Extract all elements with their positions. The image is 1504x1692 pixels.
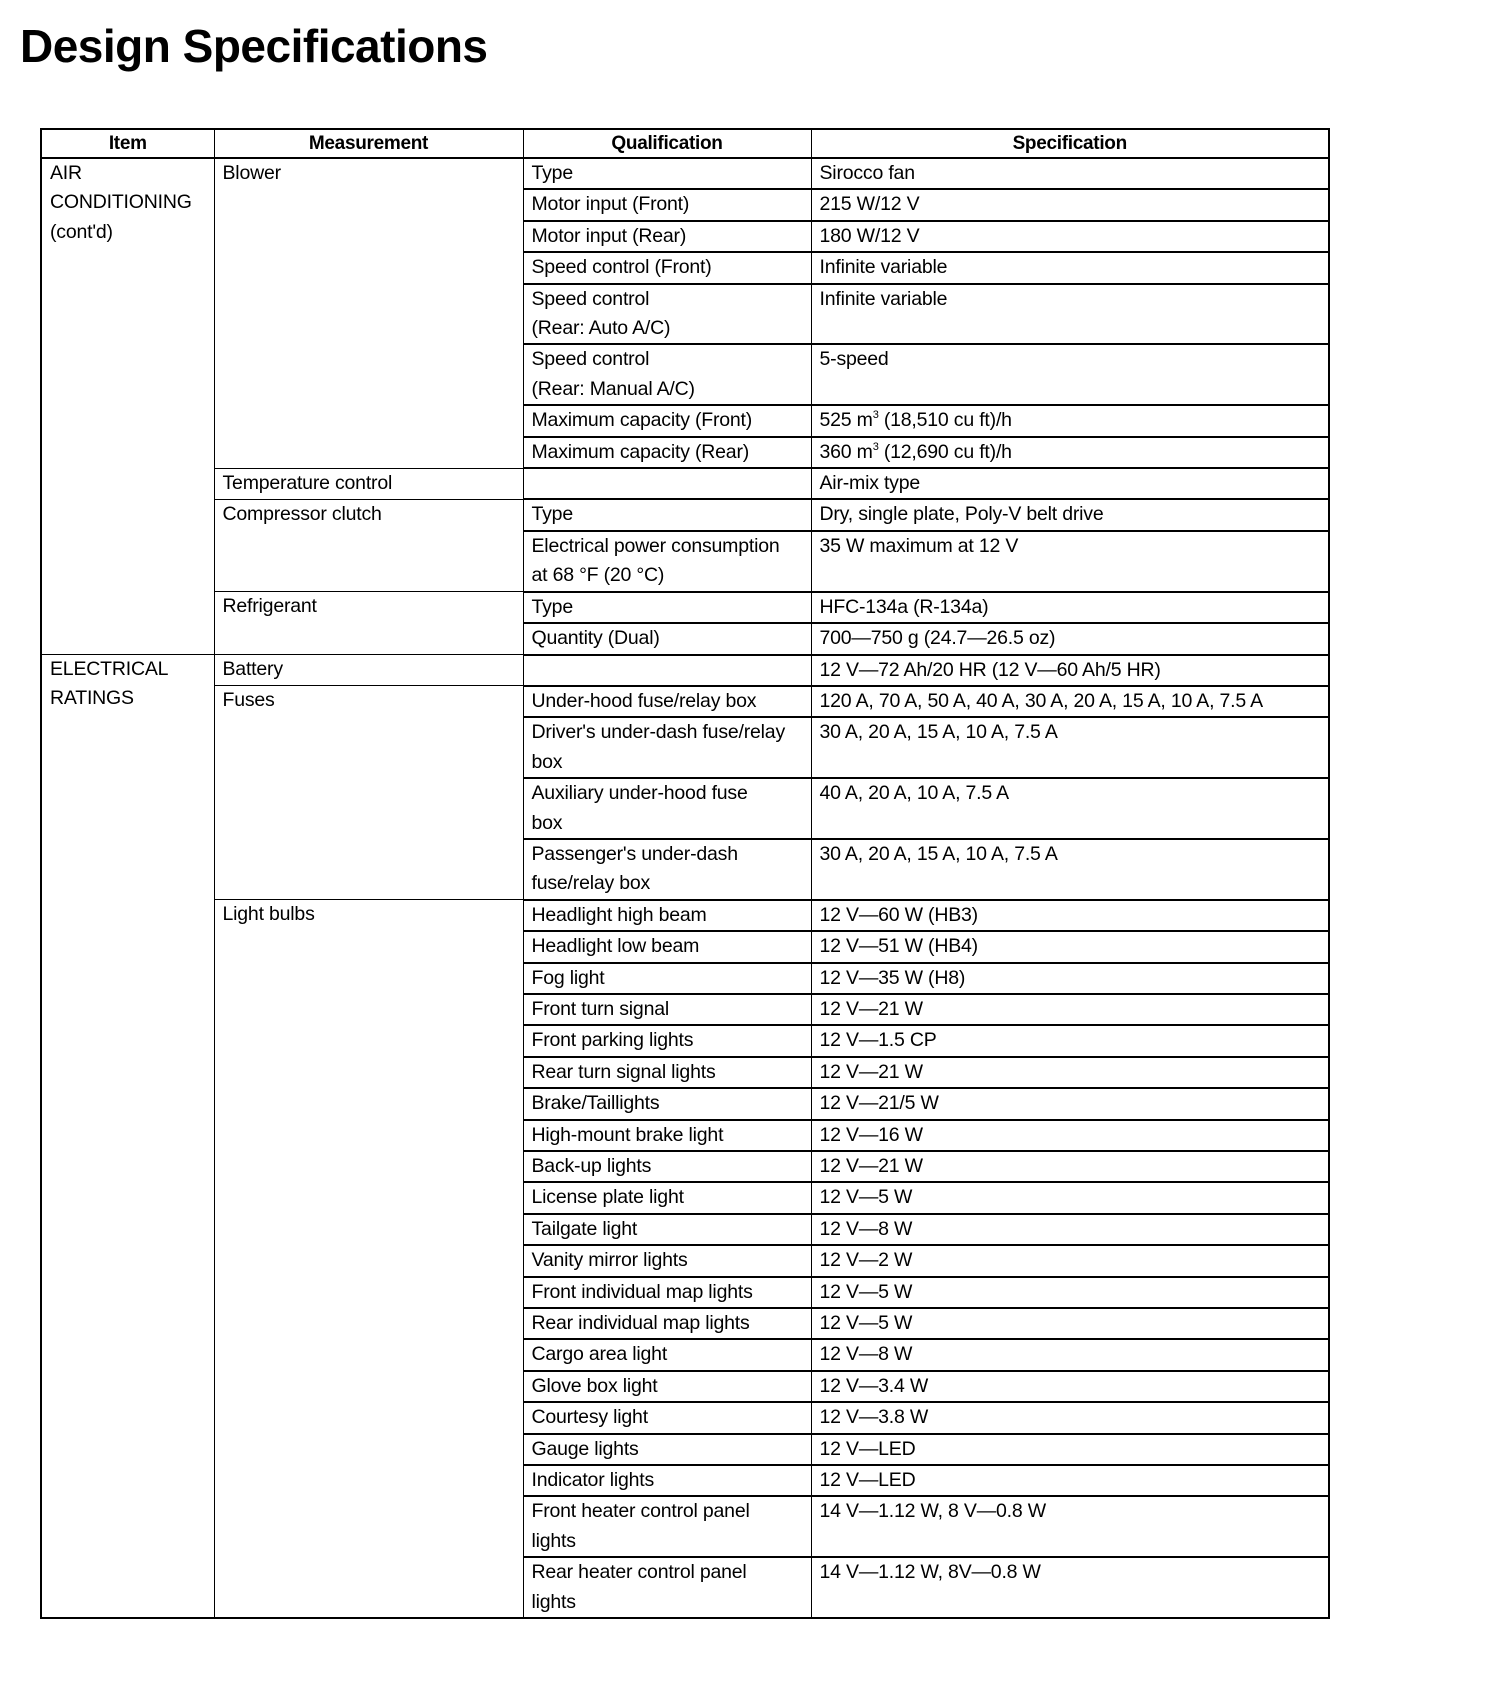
column-header-specification: Specification [811,129,1329,158]
qualification-cell: Type [523,499,811,530]
specification-cell: 180 W/12 V [811,221,1329,252]
specification-cell: 12 V—8 W [811,1339,1329,1370]
qualification-cell: Type [523,158,811,189]
qualification-cell: High-mount brake light [523,1120,811,1151]
qualification-cell: Indicator lights [523,1465,811,1496]
specification-cell: Infinite variable [811,284,1329,345]
specification-cell: HFC-134a (R-134a) [811,592,1329,623]
qualification-cell: Under-hood fuse/relay box [523,686,811,717]
qualification-cell: Driver's under-dash fuse/relaybox [523,717,811,778]
qualification-cell: Maximum capacity (Rear) [523,437,811,468]
qualification-cell: Brake/Taillights [523,1088,811,1119]
specification-cell: 525 m3 (18,510 cu ft)/h [811,405,1329,436]
item-cell: ELECTRICALRATINGS [41,655,214,1619]
table-row: FusesUnder-hood fuse/relay box120 A, 70 … [41,686,1329,717]
qualification-cell: Back-up lights [523,1151,811,1182]
table-row: AIRCONDITIONING(cont'd)BlowerTypeSirocco… [41,158,1329,189]
column-header-measurement: Measurement [214,129,523,158]
specification-cell: 30 A, 20 A, 15 A, 10 A, 7.5 A [811,717,1329,778]
table-row: Compressor clutchTypeDry, single plate, … [41,499,1329,530]
qualification-cell: Front turn signal [523,994,811,1025]
specification-cell: 12 V—LED [811,1465,1329,1496]
qualification-cell: Fog light [523,963,811,994]
specification-cell: 12 V—60 W (HB3) [811,900,1329,931]
specification-cell: Dry, single plate, Poly-V belt drive [811,499,1329,530]
specification-cell: 12 V—3.8 W [811,1402,1329,1433]
measurement-cell: Compressor clutch [214,499,523,591]
specification-cell: Sirocco fan [811,158,1329,189]
specification-cell: 12 V—8 W [811,1214,1329,1245]
qualification-cell: Vanity mirror lights [523,1245,811,1276]
table-header-row: Item Measurement Qualification Specifica… [41,129,1329,158]
qualification-cell: Headlight high beam [523,900,811,931]
qualification-cell: Maximum capacity (Front) [523,405,811,436]
qualification-cell: Front parking lights [523,1025,811,1056]
measurement-cell: Light bulbs [214,900,523,1618]
qualification-cell: Quantity (Dual) [523,623,811,654]
specification-cell: 12 V—72 Ah/20 HR (12 V—60 Ah/5 HR) [811,655,1329,686]
qualification-cell: Rear heater control panellights [523,1557,811,1618]
qualification-cell [523,655,811,686]
table-row: ELECTRICALRATINGSBattery12 V—72 Ah/20 HR… [41,655,1329,686]
specification-cell: 12 V—21 W [811,1057,1329,1088]
column-header-qualification: Qualification [523,129,811,158]
specification-cell: 700—750 g (24.7—26.5 oz) [811,623,1329,654]
specification-cell: 12 V—16 W [811,1120,1329,1151]
measurement-cell: Blower [214,158,523,468]
table-row: RefrigerantTypeHFC-134a (R-134a) [41,592,1329,623]
specification-cell: 12 V—21 W [811,1151,1329,1182]
qualification-cell: Electrical power consumptionat 68 °F (20… [523,531,811,592]
specification-cell: 5-speed [811,344,1329,405]
specification-cell: 215 W/12 V [811,189,1329,220]
qualification-cell: Front individual map lights [523,1277,811,1308]
specification-cell: 14 V—1.12 W, 8V—0.8 W [811,1557,1329,1618]
specification-cell: 12 V—1.5 CP [811,1025,1329,1056]
qualification-cell: Speed control(Rear: Manual A/C) [523,344,811,405]
specification-cell: 12 V—5 W [811,1182,1329,1213]
specification-cell: 12 V—LED [811,1434,1329,1465]
qualification-cell [523,468,811,499]
specification-cell: Infinite variable [811,252,1329,283]
page-title: Design Specifications [20,18,488,74]
measurement-cell: Temperature control [214,468,523,499]
qualification-cell: Courtesy light [523,1402,811,1433]
specification-cell: 12 V—5 W [811,1277,1329,1308]
qualification-cell: Motor input (Front) [523,189,811,220]
qualification-cell: Cargo area light [523,1339,811,1370]
table-row: Light bulbsHeadlight high beam12 V—60 W … [41,900,1329,931]
qualification-cell: Auxiliary under-hood fusebox [523,778,811,839]
specification-cell: 40 A, 20 A, 10 A, 7.5 A [811,778,1329,839]
specification-cell: Air-mix type [811,468,1329,499]
column-header-item: Item [41,129,214,158]
qualification-cell: Speed control (Front) [523,252,811,283]
measurement-cell: Battery [214,655,523,686]
specification-cell: 12 V—35 W (H8) [811,963,1329,994]
specification-cell: 12 V—21/5 W [811,1088,1329,1119]
qualification-cell: Gauge lights [523,1434,811,1465]
specification-cell: 12 V—5 W [811,1308,1329,1339]
qualification-cell: Rear individual map lights [523,1308,811,1339]
specification-cell: 120 A, 70 A, 50 A, 40 A, 30 A, 20 A, 15 … [811,686,1329,717]
qualification-cell: Front heater control panellights [523,1496,811,1557]
measurement-cell: Refrigerant [214,592,523,655]
qualification-cell: Tailgate light [523,1214,811,1245]
measurement-cell: Fuses [214,686,523,900]
qualification-cell: License plate light [523,1182,811,1213]
specification-cell: 12 V—21 W [811,994,1329,1025]
specifications-table-body: AIRCONDITIONING(cont'd)BlowerTypeSirocco… [41,158,1329,1618]
specification-cell: 12 V—3.4 W [811,1371,1329,1402]
item-cell: AIRCONDITIONING(cont'd) [41,158,214,655]
table-row: Temperature controlAir-mix type [41,468,1329,499]
qualification-cell: Speed control(Rear: Auto A/C) [523,284,811,345]
qualification-cell: Passenger's under-dashfuse/relay box [523,839,811,900]
qualification-cell: Type [523,592,811,623]
specification-cell: 30 A, 20 A, 15 A, 10 A, 7.5 A [811,839,1329,900]
specification-cell: 14 V—1.12 W, 8 V—0.8 W [811,1496,1329,1557]
qualification-cell: Glove box light [523,1371,811,1402]
specification-cell: 35 W maximum at 12 V [811,531,1329,592]
qualification-cell: Headlight low beam [523,931,811,962]
specification-cell: 12 V—51 W (HB4) [811,931,1329,962]
specifications-table: Item Measurement Qualification Specifica… [40,128,1330,1619]
qualification-cell: Motor input (Rear) [523,221,811,252]
specification-cell: 360 m3 (12,690 cu ft)/h [811,437,1329,468]
qualification-cell: Rear turn signal lights [523,1057,811,1088]
specification-cell: 12 V—2 W [811,1245,1329,1276]
